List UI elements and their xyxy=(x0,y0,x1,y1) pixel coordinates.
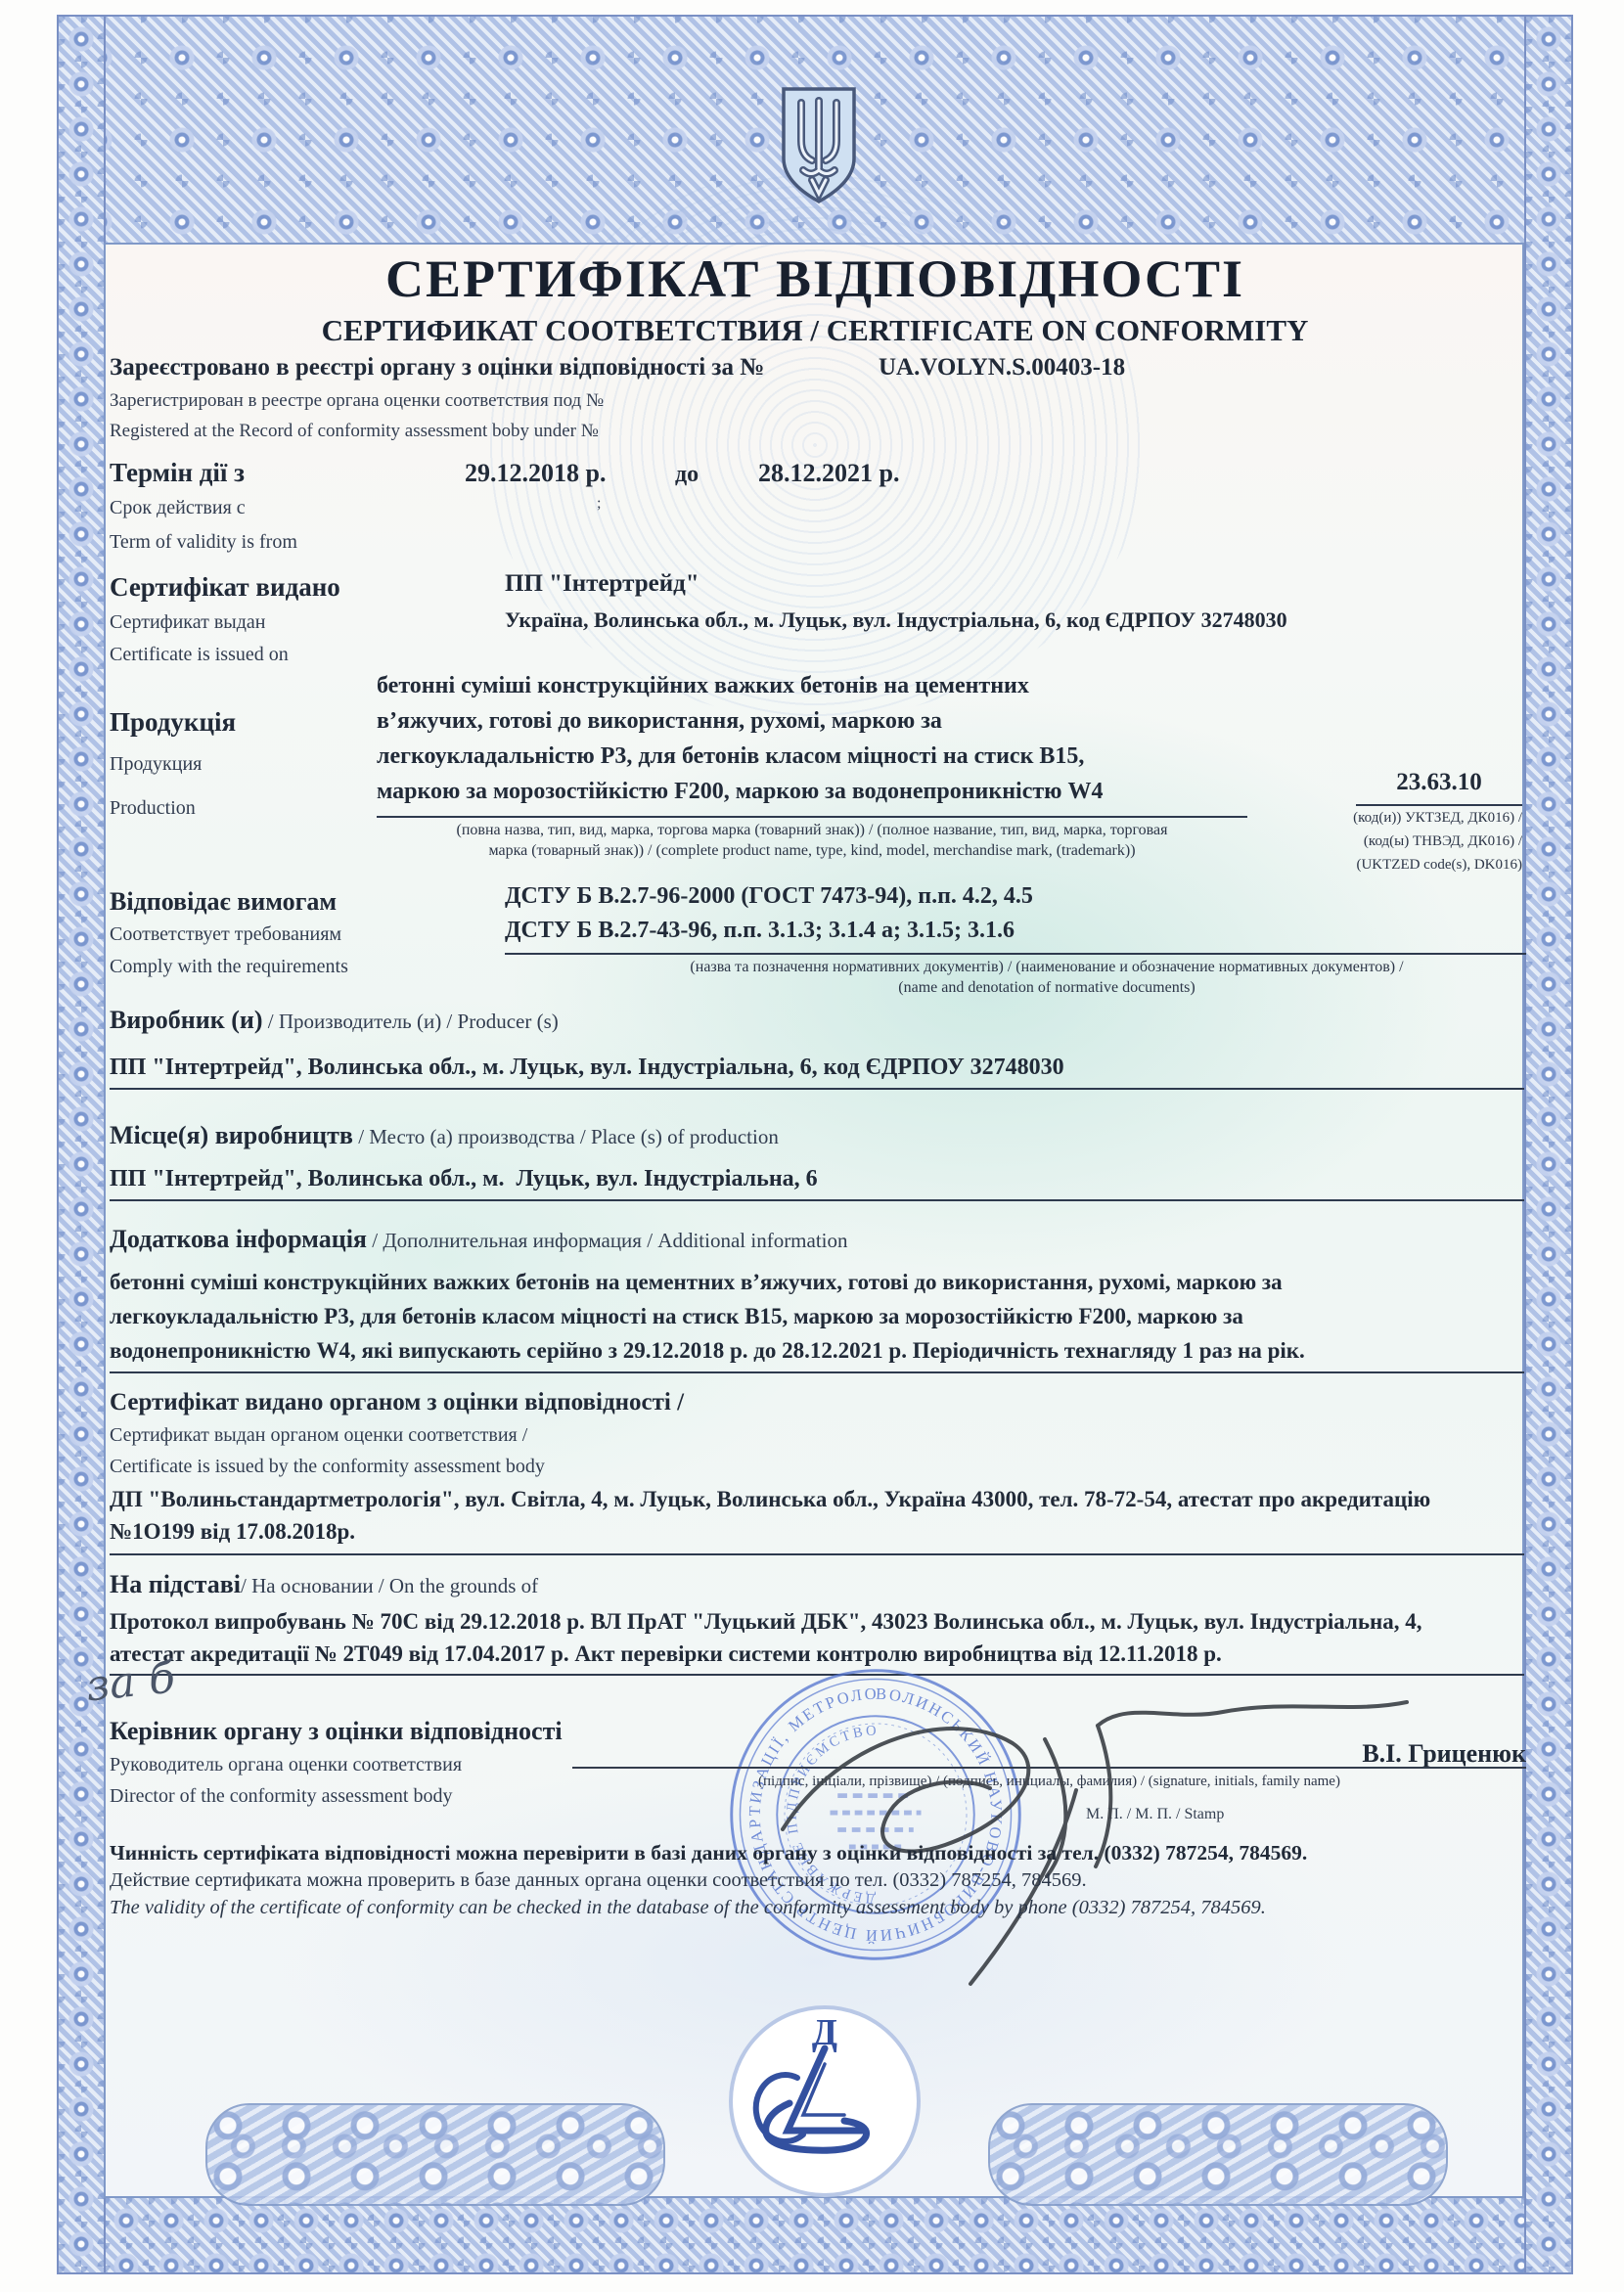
verification-line-en: The validity of the certificate of confo… xyxy=(110,1897,1266,1920)
certificate-page: СЕРТИФІКАТ ВІДПОВІДНОСТІ СЕРТИФИКАТ СООТ… xyxy=(0,0,1624,2292)
certification-body-monogram: Д xyxy=(729,2005,921,2197)
ukraine-trident-emblem xyxy=(777,84,861,209)
place-value: ПП "Інтертрейд", Волинська обл., м. Луць… xyxy=(110,1166,818,1193)
validity-connector: до xyxy=(675,462,699,489)
product-underline xyxy=(377,816,1247,818)
product-line: в’яжучих, готові до використання, рухомі… xyxy=(377,708,942,736)
place-header-ua: Місце(я) виробництв xyxy=(110,1121,353,1149)
issuing-body-line: №1О199 від 17.08.2018р. xyxy=(110,1519,355,1545)
product-label-ua: Продукція xyxy=(110,707,236,738)
issuing-body-underline xyxy=(110,1553,1524,1555)
registration-label-ru: Зарегистрирован в реестре органа оценки … xyxy=(110,390,604,412)
additional-line: водонепроникністю W4, які випускають сер… xyxy=(110,1338,1305,1364)
product-caption: (повна назва, тип, вид, марка, торгова м… xyxy=(377,822,1247,839)
issuing-body-label-ua: Сертифікат видано органом з оцінки відпо… xyxy=(110,1389,684,1417)
signatory-label-en: Director of the conformity assessment bo… xyxy=(110,1785,452,1808)
ornate-border-left xyxy=(57,15,106,2274)
conformity-label-en: Comply with the requirements xyxy=(110,956,348,978)
place-underline xyxy=(110,1199,1524,1201)
issued-to-label-en: Certificate is issued on xyxy=(110,644,289,666)
bottom-scroll-ornament-left xyxy=(205,2103,665,2206)
producer-header-ua: Виробник (и) xyxy=(110,1006,263,1034)
product-code-caption: (UKTZED code(s), DK016) xyxy=(1268,857,1522,874)
page-subtitle: СЕРТИФИКАТ СООТВЕТСТВИЯ / CERTIFICATE ON… xyxy=(106,313,1524,348)
handwritten-signature xyxy=(753,1683,1438,1996)
producer-header: Виробник (и) / Производитель (и) / Produ… xyxy=(110,1006,559,1035)
issuing-body-label-ru: Сертификат выдан органом оценки соответс… xyxy=(110,1424,527,1447)
additional-header-ua: Додаткова інформація xyxy=(110,1225,367,1253)
grounds-header-ua: На підставі xyxy=(110,1570,241,1598)
registration-label-ua: Зареєстровано в реєстрі органу з оцінки … xyxy=(110,354,764,382)
signatory-label-ua: Керівник органу з оцінки відповідності xyxy=(110,1717,563,1746)
verification-line-ru: Действие сертификата можна проверить в б… xyxy=(110,1869,1087,1893)
product-code-caption: (код(ы) ТНВЭД, ДК016) / xyxy=(1268,833,1522,850)
issuing-body-label-en: Certificate is issued by the conformity … xyxy=(110,1456,545,1478)
ornate-border-right xyxy=(1524,15,1573,2274)
product-code-underline xyxy=(1356,804,1522,806)
conformity-line: ДСТУ Б В.2.7-43-96, п.п. 3.1.3; 3.1.4 а;… xyxy=(505,918,1015,945)
page-title: СЕРТИФІКАТ ВІДПОВІДНОСТІ xyxy=(106,248,1524,309)
place-header: Місце(я) виробництв / Место (а) производ… xyxy=(110,1121,779,1150)
conformity-caption: (name and denotation of normative docume… xyxy=(567,979,1526,997)
verification-line-ua: Чинність сертифіката відповідності можна… xyxy=(110,1841,1307,1865)
place-header-rest: / Место (а) производства / Place (s) of … xyxy=(353,1125,779,1148)
validity-label-en: Term of validity is from xyxy=(110,531,297,554)
grounds-line: атестат акредитації № 2Т049 від 17.04.20… xyxy=(110,1641,1222,1667)
ornate-border-bottom xyxy=(57,2196,1573,2274)
validity-label-ru: Срок действия с xyxy=(110,497,246,519)
conformity-line: ДСТУ Б В.2.7-96-2000 (ГОСТ 7473-94), п.п… xyxy=(505,883,1033,911)
grounds-header: На підставі/ На основании / On the groun… xyxy=(110,1570,538,1599)
producer-value: ПП "Інтертрейд", Волинська обл., м. Луць… xyxy=(110,1055,1064,1082)
additional-underline xyxy=(110,1371,1524,1373)
conformity-label-ru: Соответствует требованиям xyxy=(110,923,341,946)
product-line: легкоукладальністю Р3, для бетонів класо… xyxy=(377,743,1084,771)
product-code-caption: (код(и)) УКТЗЕД, ДК016) / xyxy=(1268,810,1522,827)
monogram-letter: Д xyxy=(812,2012,837,2053)
additional-line: бетонні суміші конструкційних важких бет… xyxy=(110,1270,1283,1295)
issued-to-label-ru: Сертификат выдан xyxy=(110,611,265,634)
conformity-caption: (назва та позначення нормативних докумен… xyxy=(567,959,1526,976)
grounds-line: Протокол випробувань № 70С від 29.12.201… xyxy=(110,1609,1422,1635)
additional-line: легкоукладальністю Р3, для бетонів класо… xyxy=(110,1304,1243,1329)
product-code: 23.63.10 xyxy=(1356,769,1522,797)
conformity-underline xyxy=(505,953,1526,955)
product-line: бетонні суміші конструкційних важких бет… xyxy=(377,673,1029,700)
validity-date-from: 29.12.2018 р. xyxy=(465,459,606,488)
registration-number: UA.VOLYN.S.00403-18 xyxy=(879,354,1125,382)
bottom-scroll-ornament-right xyxy=(988,2103,1448,2206)
additional-header: Додаткова інформація / Дополнительная ин… xyxy=(110,1225,848,1254)
signatory-label-ru: Руководитель органа оценки соответствия xyxy=(110,1754,462,1776)
additional-header-rest: / Дополнительная информация / Additional… xyxy=(367,1229,848,1252)
validity-label-ua: Термін дії з xyxy=(110,458,245,488)
validity-date-to: 28.12.2021 р. xyxy=(758,459,899,488)
grounds-header-rest: / На основании / On the grounds of xyxy=(241,1574,538,1597)
product-caption: марка (товарный знак)) / (complete produ… xyxy=(377,842,1247,860)
issued-to-company: ПП "Інтертрейд" xyxy=(505,570,699,599)
product-label-ru: Продукция xyxy=(110,753,202,776)
handwritten-annotation: за б xyxy=(84,1653,178,1712)
product-line: маркою за морозостійкістю F200, маркою з… xyxy=(377,779,1103,806)
conformity-label-ua: Відповідає вимогам xyxy=(110,887,337,917)
issued-to-address: Україна, Волинська обл., м. Луцьк, вул. … xyxy=(505,607,1287,632)
registration-label-en: Registered at the Record of conformity a… xyxy=(110,421,599,442)
stray-mark: ; xyxy=(597,495,601,513)
producer-underline xyxy=(110,1088,1524,1090)
issued-to-label-ua: Сертифікат видано xyxy=(110,572,340,603)
issuing-body-line: ДП "Волиньстандартметрологія", вул. Світ… xyxy=(110,1487,1430,1512)
producer-header-rest: / Производитель (и) / Producer (s) xyxy=(263,1010,559,1033)
product-label-en: Production xyxy=(110,797,196,820)
